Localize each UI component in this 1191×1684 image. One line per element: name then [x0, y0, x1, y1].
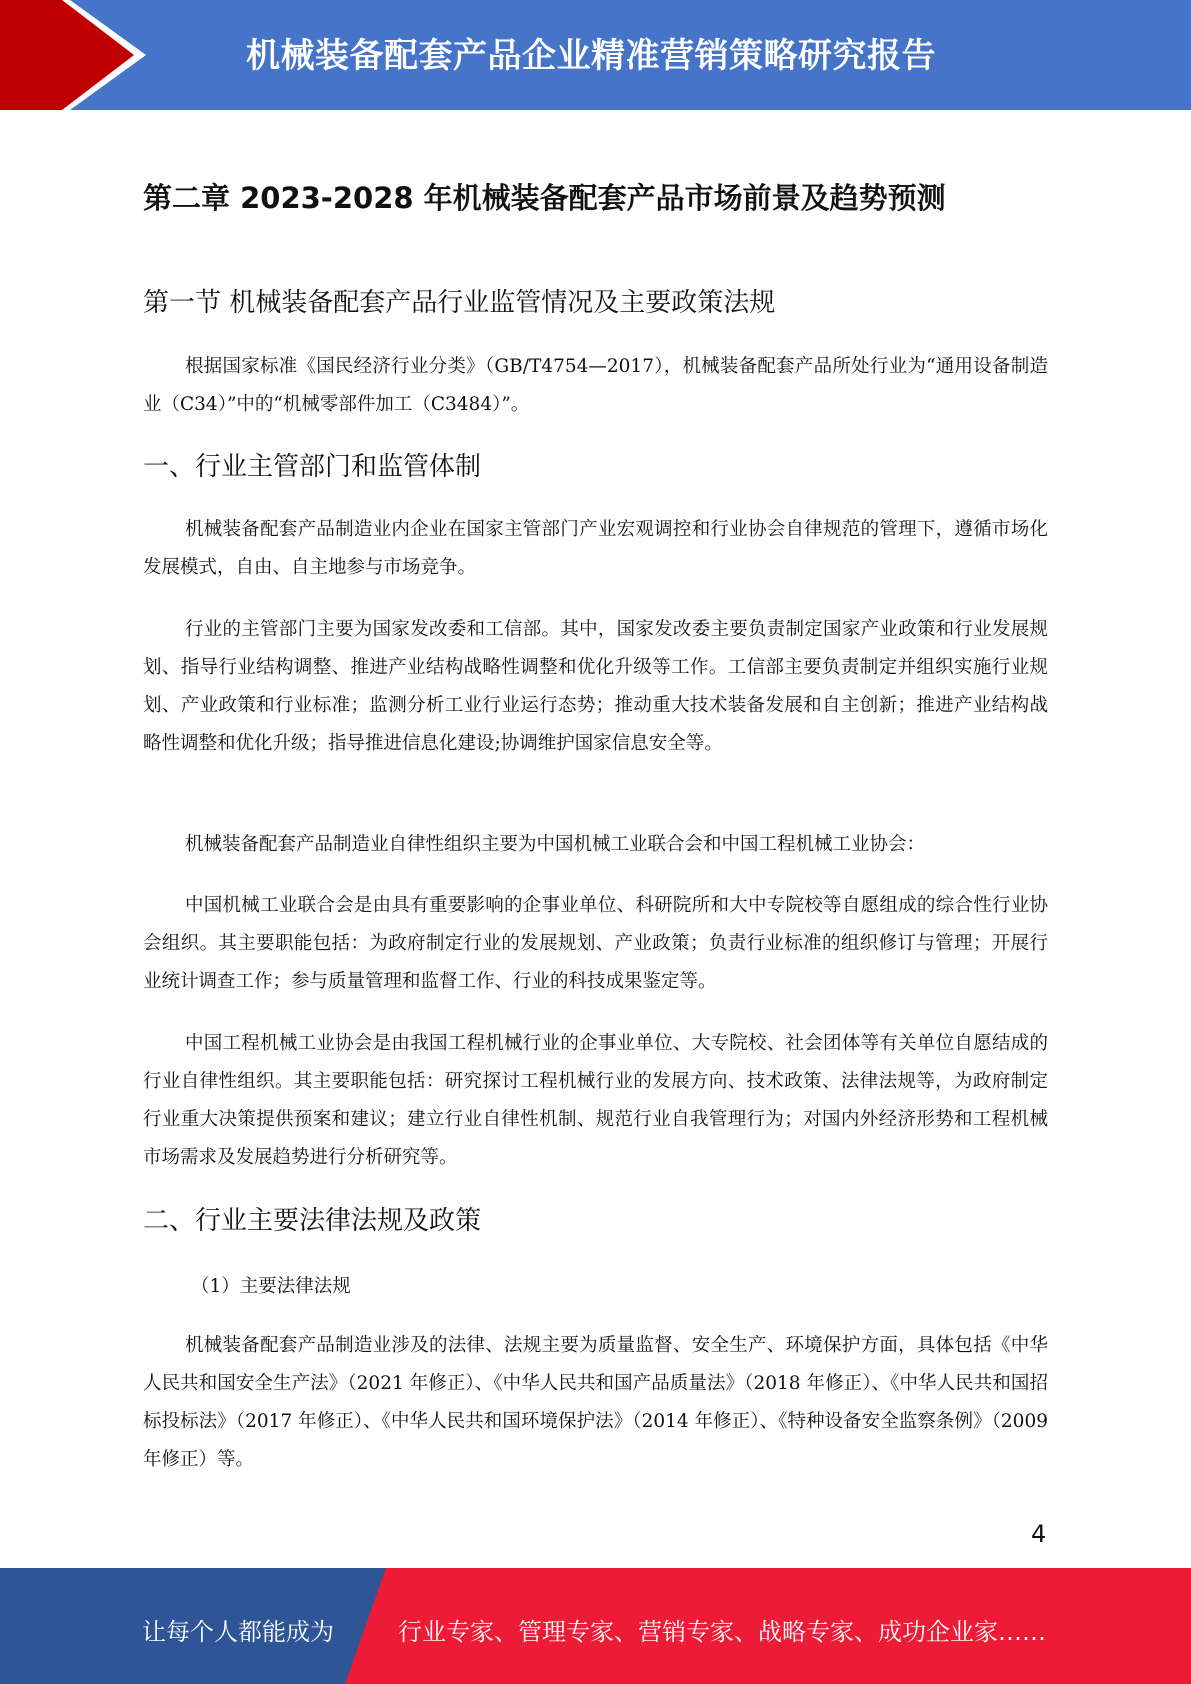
paragraph-1: 机械装备配套产品制造业内企业在国家主管部门产业宏观调控和行业协会自律规范的管理下…	[143, 511, 1048, 587]
report-header-band: 机械装备配套产品企业精准营销策略研究报告	[0, 0, 1191, 110]
heading-one: 一、行业主管部门和监管体制	[143, 446, 481, 483]
intro-paragraph: 根据国家标准《国民经济行业分类》（GB/T4754—2017），机械装备配套产品…	[143, 348, 1048, 424]
red-arrow-icon	[0, 0, 160, 110]
heading-two: 二、行业主要法律法规及政策	[143, 1200, 481, 1237]
chapter-title: 第二章 2023-2028 年机械装备配套产品市场前景及趋势预测	[143, 176, 946, 217]
paragraph-3: 机械装备配套产品制造业自律性组织主要为中国机械工业联合会和中国工程机械工业协会：	[143, 826, 1048, 864]
page-number: 4	[1031, 1520, 1046, 1548]
paragraph-4: 中国机械工业联合会是由具有重要影响的企事业单位、科研院所和大中专院校等自愿组成的…	[143, 887, 1048, 1001]
footer-band: 让每个人都能成为 行业专家、管理专家、营销专家、战略专家、成功企业家……	[0, 1568, 1191, 1684]
paragraph-2: 行业的主管部门主要为国家发改委和工信部。其中，国家发改委主要负责制定国家产业政策…	[143, 611, 1048, 763]
paragraph-5: 中国工程机械工业协会是由我国工程机械行业的企事业单位、大专院校、社会团体等有关单…	[143, 1025, 1048, 1177]
subheading-laws: （1）主要法律法规	[191, 1272, 351, 1298]
report-title: 机械装备配套产品企业精准营销策略研究报告	[246, 28, 936, 77]
paragraph-6: 机械装备配套产品制造业涉及的法律、法规主要为质量监督、安全生产、环境保护方面，具…	[143, 1327, 1048, 1479]
section-title: 第一节 机械装备配套产品行业监管情况及主要政策法规	[143, 282, 775, 319]
footer-slogan-right: 行业专家、管理专家、营销专家、战略专家、成功企业家……	[398, 1612, 1046, 1647]
footer-slogan-left: 让每个人都能成为	[142, 1612, 334, 1647]
